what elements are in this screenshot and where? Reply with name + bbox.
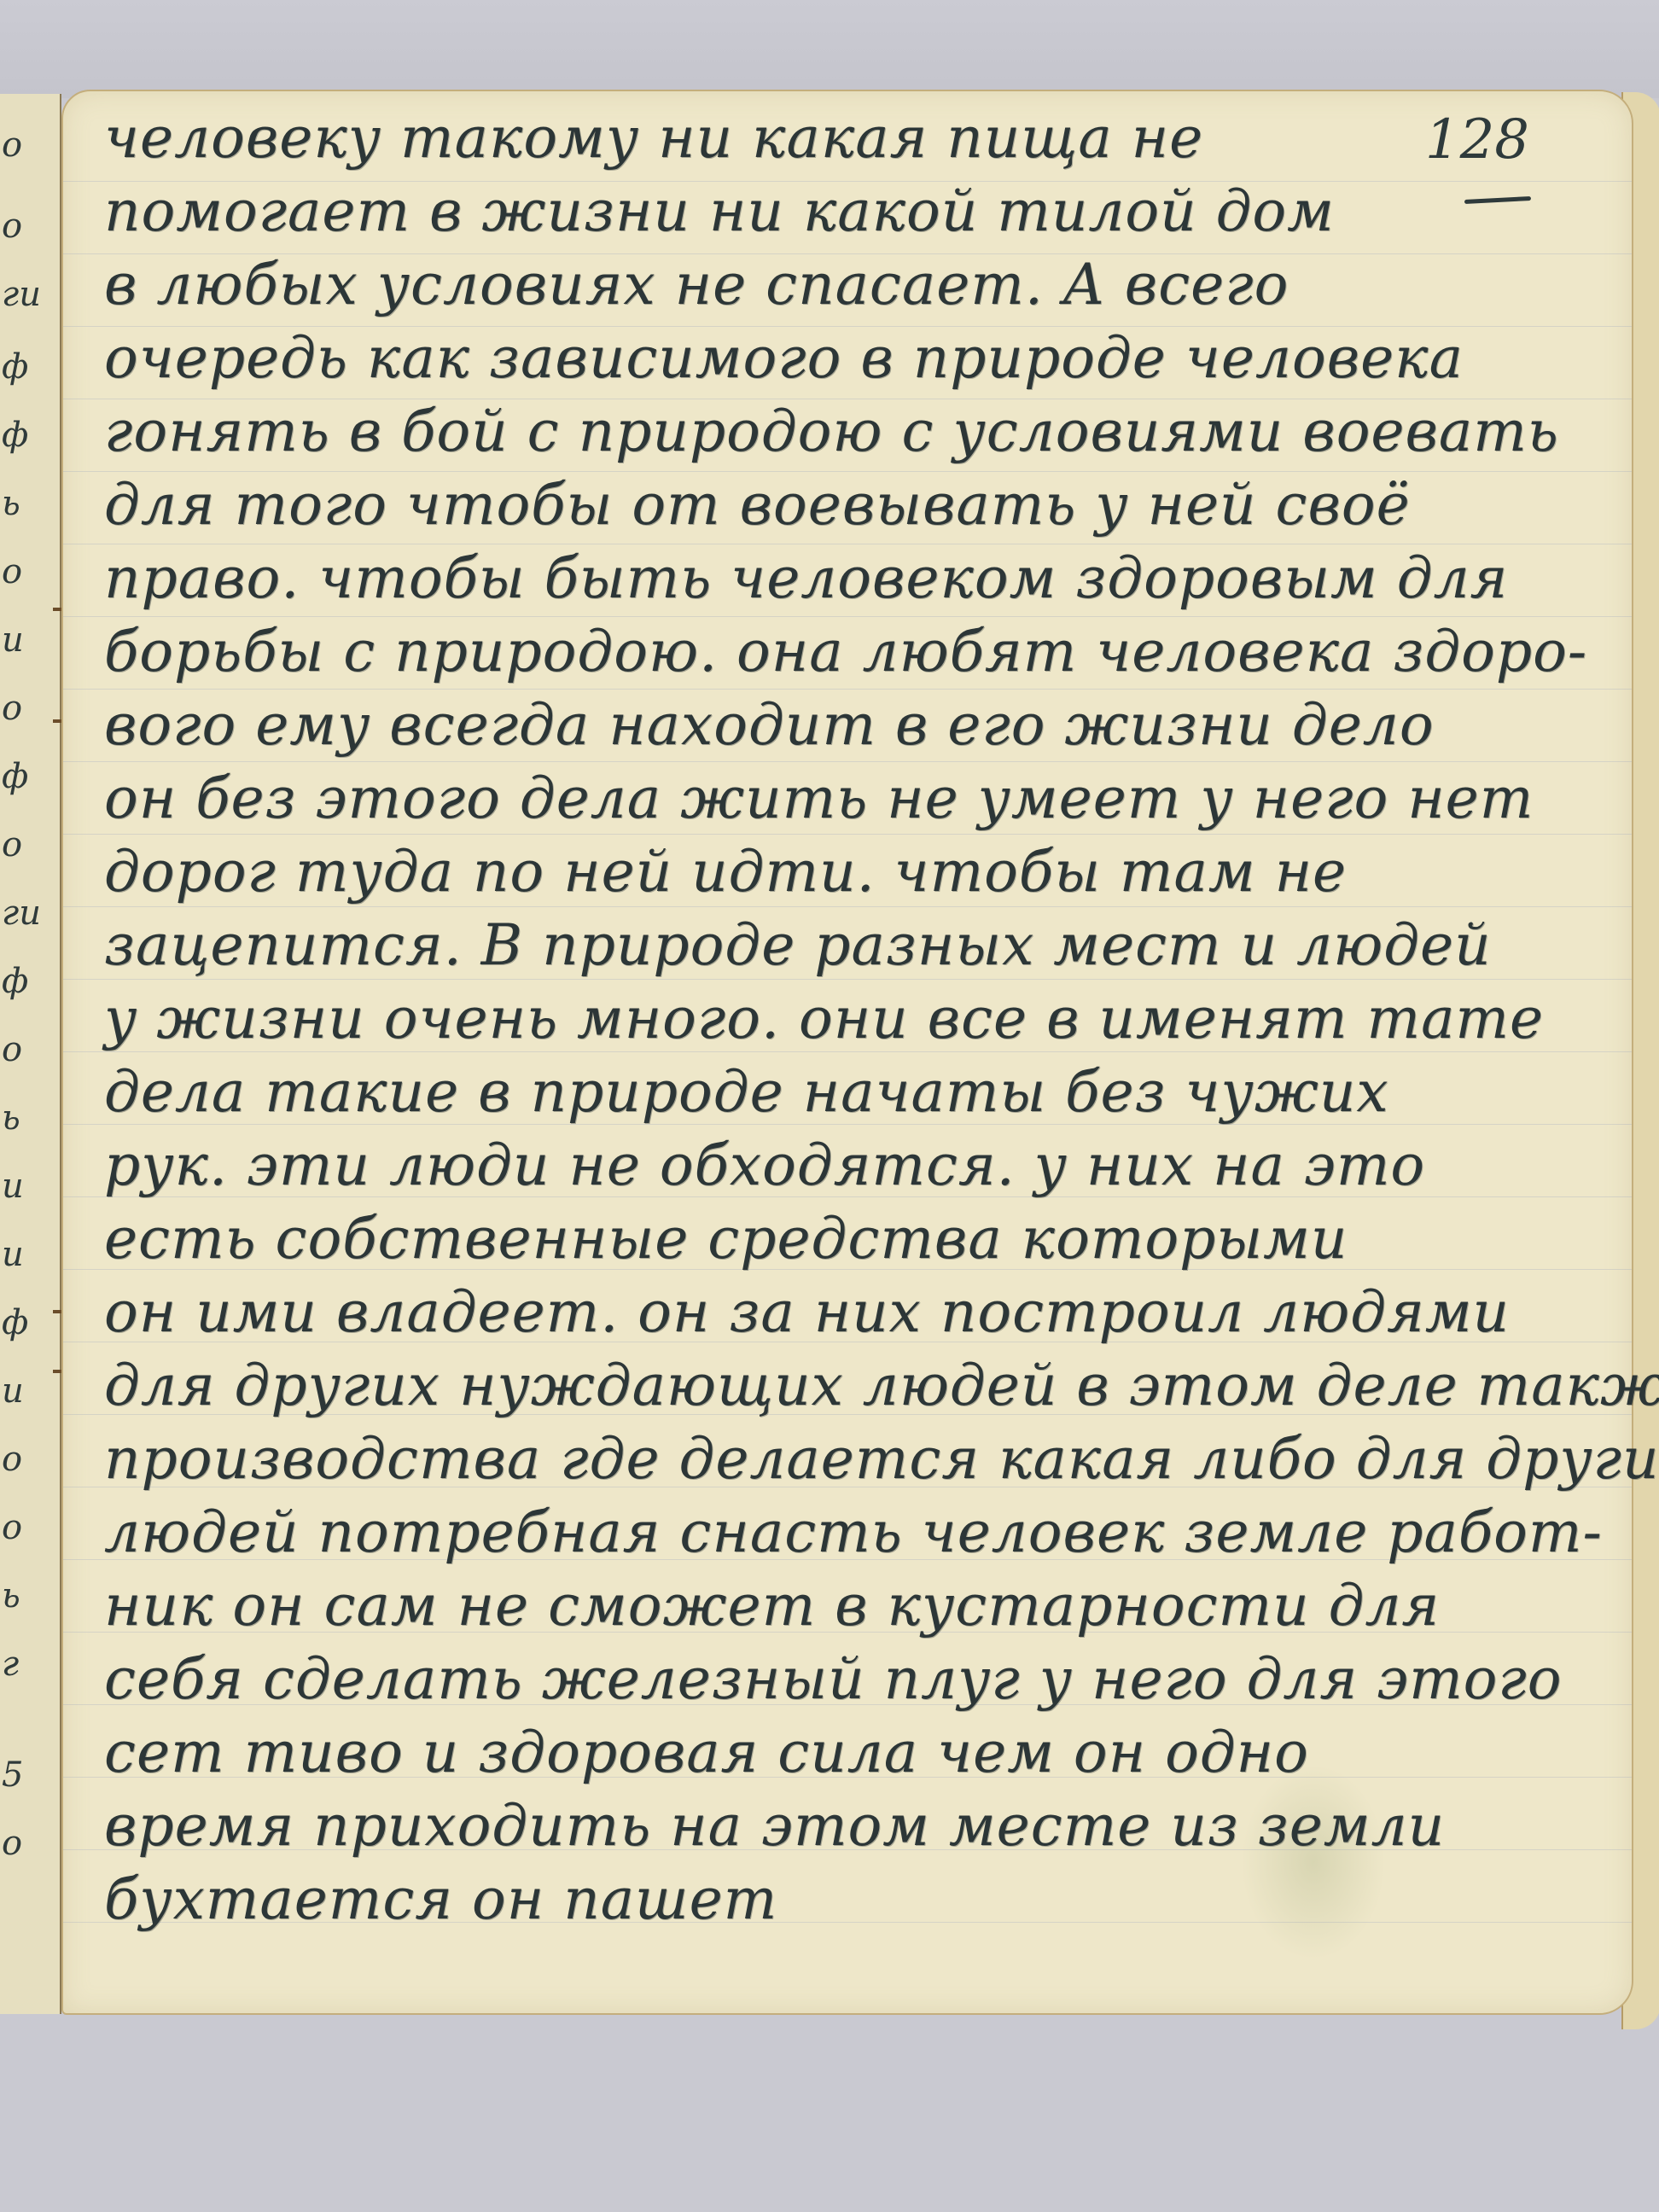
margin-fragment: о [2,555,53,589]
margin-fragment: о [2,828,53,862]
ruled-line [63,761,1632,762]
ruled-line [63,616,1632,617]
margin-fragment: и [2,1374,53,1408]
margin-fragment: ги [2,896,53,930]
ruled-line [63,906,1632,907]
text-line: дела такие в природе начаты без чужих [104,1064,1572,1121]
margin-fragment: о [2,128,53,162]
text-line: зацепится. В природе разных мест и людей [104,917,1572,974]
text-line: гонять в бой с природою с условиями воев… [104,404,1572,460]
text-line: производства где делается какая либо для… [104,1431,1572,1487]
text-line: себя сделать железный плуг у него для эт… [104,1651,1572,1708]
binding-stitch [53,719,61,723]
margin-fragment: ь [2,1579,53,1613]
margin-fragment: ф [2,964,53,998]
margin-fragment: о [2,691,53,725]
left-page-edge: о о ги ф ф ь о и о ф о ги ф о ь и и ф и … [0,94,61,2014]
notebook-page: 128 человеку такому ни какая пища не пом… [61,90,1633,2015]
binding-stitch [53,608,61,611]
text-line: бухтается он пашет [104,1871,1572,1928]
margin-fragment: и [2,623,53,657]
margin-fragment: ь [2,486,53,521]
margin-fragment: ги [2,277,53,311]
margin-fragment: и [2,1169,53,1203]
text-line: человеку такому ни какая пища не [104,110,1572,166]
margin-fragment: ф [2,418,53,452]
text-line: у жизни очень много. они все в именят та… [104,991,1572,1047]
ruled-line [63,834,1632,835]
ruled-line [63,979,1632,980]
text-line: дорог туда по ней идти. чтобы там не [104,844,1572,900]
text-line: для других нуждающих людей в этом деле т… [104,1358,1572,1414]
margin-fragment: ь [2,1101,53,1135]
text-line: сет тиво и здоровая сила чем он одно [104,1725,1572,1781]
ruled-line [63,544,1632,544]
binding-stitch [53,1370,61,1373]
text-line: рук. эти люди не обходятся. у них на это [104,1138,1572,1194]
text-line: он ими владеет. он за них построил людям… [104,1284,1572,1341]
scan-background [0,0,1659,98]
margin-fragment: ф [2,1306,53,1340]
margin-fragment: о [2,1442,53,1476]
text-line: право. чтобы быть человеком здоровым для [104,550,1572,607]
ruled-line [63,689,1632,690]
text-line: борьбы с природою. она любят человека зд… [104,624,1572,680]
margin-fragment: г [2,1647,53,1681]
margin-fragment: о [2,1511,53,1545]
text-line: помогает в жизни ни какой тилой дом [104,183,1572,240]
text-line: есть собственные средства которыми [104,1211,1572,1267]
margin-fragment: о [2,1033,53,1067]
ruled-line [63,1051,1632,1052]
text-line: ник он сам не сможет в кустарности для [104,1578,1572,1634]
text-line: время приходить на этом месте из земли [104,1798,1572,1854]
margin-fragment: ф [2,350,53,384]
text-line: очередь как зависимого в природе человек… [104,330,1572,387]
text-line: он без этого дела жить не умеет у него н… [104,771,1572,827]
margin-fragment: 5 [2,1758,53,1792]
binding-stitch [53,1310,61,1313]
text-line: людей потребная снасть человек земле раб… [104,1505,1572,1561]
text-line: для того чтобы от воевывать у ней своё [104,477,1572,533]
margin-fragment: о [2,1826,53,1860]
text-line: в любых условиях не спасает. А всего [104,257,1572,313]
margin-fragment: о [2,209,53,243]
text-line: вого ему всегда находит в его жизни дело [104,697,1572,754]
margin-fragment: и [2,1237,53,1272]
margin-fragment: ф [2,760,53,794]
